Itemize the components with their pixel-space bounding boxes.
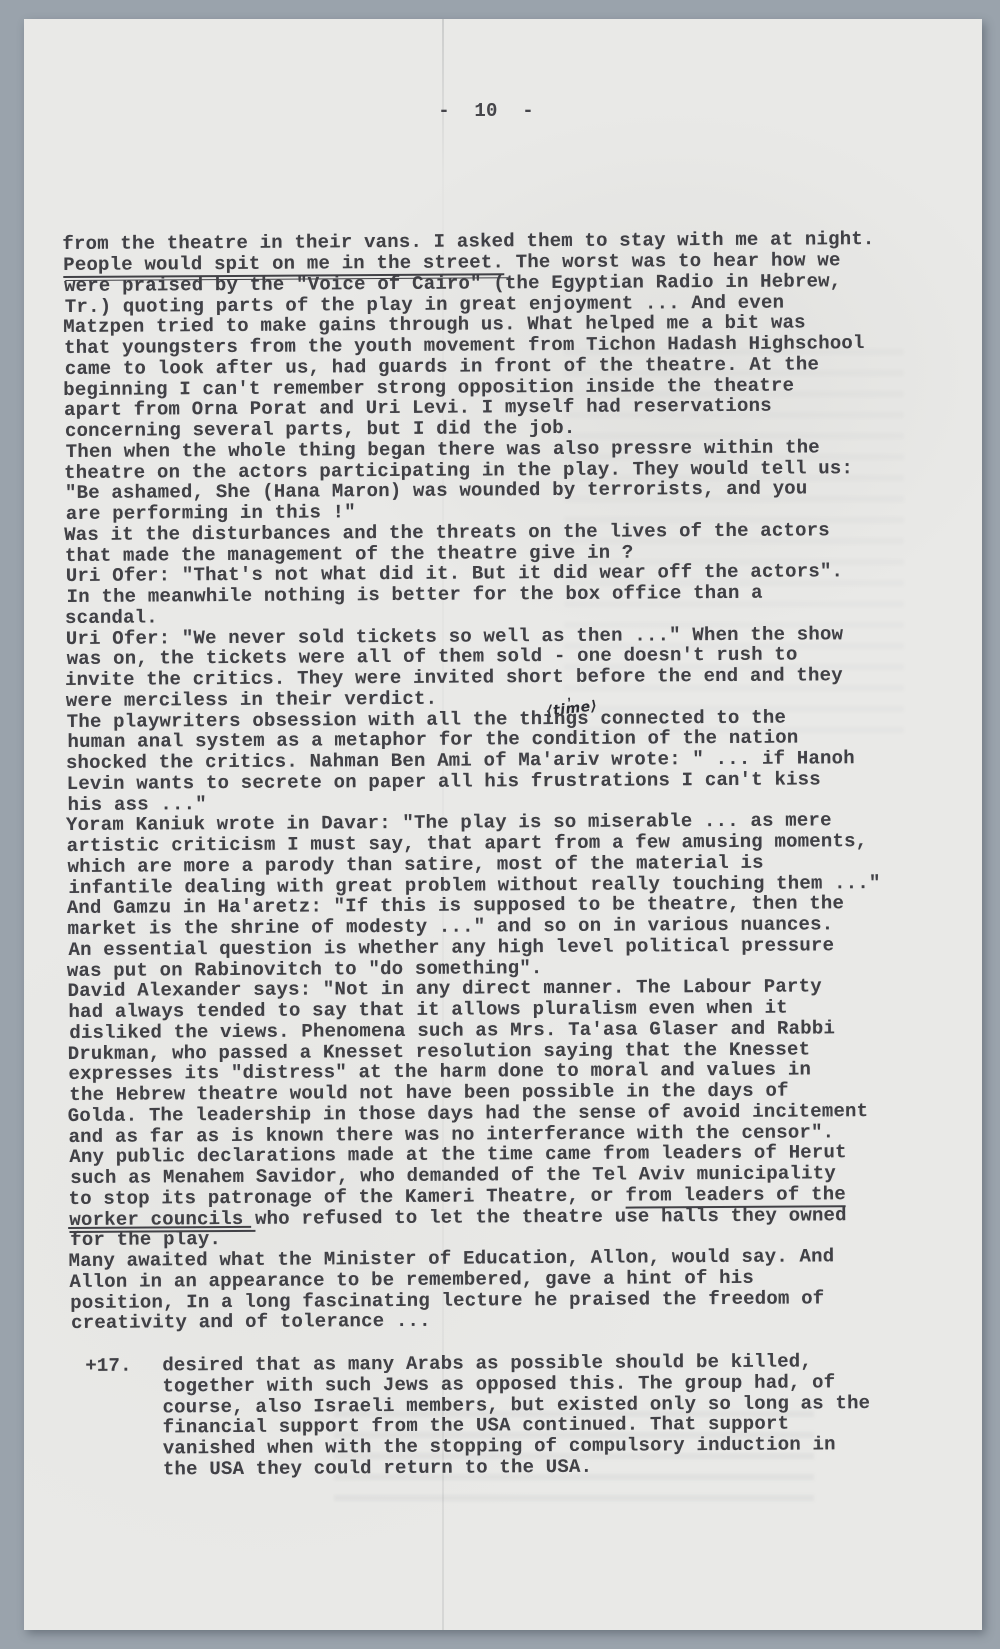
text-line: creativity and of tolerance ... xyxy=(71,1308,951,1334)
overline-text: for the play. xyxy=(70,1228,221,1251)
text-segment: before the end and they xyxy=(576,664,843,688)
footnote-lines: desired that as many Arabs as possible s… xyxy=(162,1351,870,1480)
scanned-document-photo: { "page": { "number_label": "- 10 -" }, … xyxy=(0,0,1000,1649)
text-segment: creativity and of tolerance ... xyxy=(71,1310,431,1334)
footnote-line: the USA they could return to the USA. xyxy=(163,1455,871,1480)
page-number: - 10 - xyxy=(24,100,948,122)
document-body: from the theatre in their vans. I asked … xyxy=(63,167,951,1522)
text-segment: his ass ..." xyxy=(67,793,206,816)
footnote: +17. desired that as many Arabs as possi… xyxy=(70,1351,951,1481)
footnote-marker: +17. xyxy=(85,1355,163,1480)
text-segment: scandal. xyxy=(65,606,158,629)
document-page: - 10 - from the theatre in their vans. I… xyxy=(24,19,982,1630)
